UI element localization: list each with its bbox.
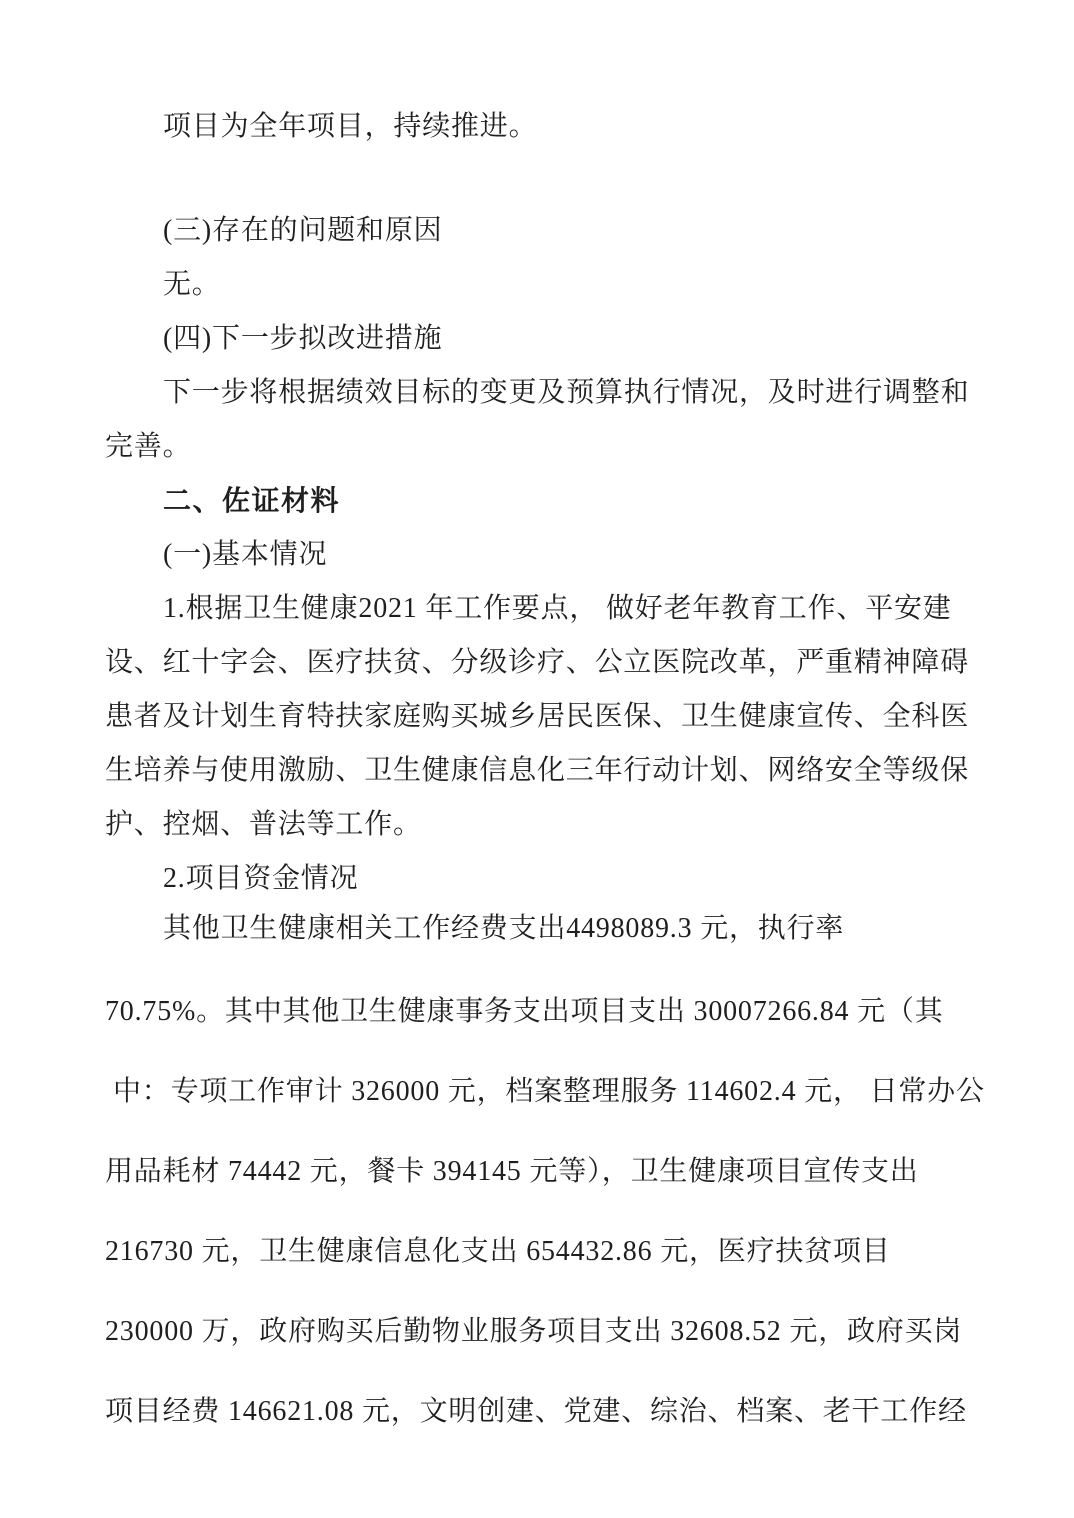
para-basic-line-4: 生培养与使用激励、卫生健康信息化三年行动计划、网络安全等级保: [105, 744, 974, 798]
text-none: 无。: [105, 258, 974, 312]
para-funds-line-4: 用品耗材 74442 元，餐卡 394145 元等），卫生健康项目宣传支出: [105, 1132, 974, 1212]
heading-project-funds: 2.项目资金情况: [105, 852, 974, 906]
para-next-step-line-1: 下一步将根据绩效目标的变更及预算执行情况，及时进行调整和: [105, 366, 974, 420]
para-funds-line-7: 项目经费 146621.08 元，文明创建、党建、综治、档案、老干工作经: [105, 1372, 974, 1452]
para-basic-line-2: 设、红十字会、医疗扶贫、分级诊疗、公立医院改革，严重精神障碍: [105, 636, 974, 690]
para-funds-line-5: 216730 元，卫生健康信息化支出 654432.86 元，医疗扶贫项目: [105, 1212, 974, 1292]
heading-basic-situation: (一)基本情况: [105, 528, 974, 582]
para-basic-line-3: 患者及计划生育特扶家庭购买城乡居民医保、卫生健康宣传、全科医: [105, 690, 974, 744]
para-basic-line-5: 护、控烟、普法等工作。: [105, 798, 974, 852]
para-basic-line-1: 1.根据卫生健康2021 年工作要点， 做好老年教育工作、平安建: [105, 582, 974, 636]
document-page: 项目为全年项目，持续推进。 (三)存在的问题和原因 无。 (四)下一步拟改进措施…: [0, 0, 1074, 1518]
para-funds-line-2: 70.75%。其中其他卫生健康事务支出项目支出 30007266.84 元（其: [105, 972, 974, 1052]
para-funds-line-3: 中：专项工作审计 326000 元，档案整理服务 114602.4 元， 日常办…: [105, 1052, 974, 1132]
para-funds-line-1: 其他卫生健康相关工作经费支出4498089.3 元，执行率: [105, 906, 974, 952]
para-next-step-line-2: 完善。: [105, 420, 974, 474]
para-funds-line-6: 230000 万，政府购买后勤物业服务项目支出 32608.52 元，政府买岗: [105, 1292, 974, 1372]
heading-supporting-materials: 二、佐证材料: [105, 474, 974, 528]
para-project-full-year: 项目为全年项目，持续推进。: [105, 100, 974, 154]
heading-problems-and-causes: (三)存在的问题和原因: [105, 204, 974, 258]
heading-next-step-measures: (四)下一步拟改进措施: [105, 312, 974, 366]
